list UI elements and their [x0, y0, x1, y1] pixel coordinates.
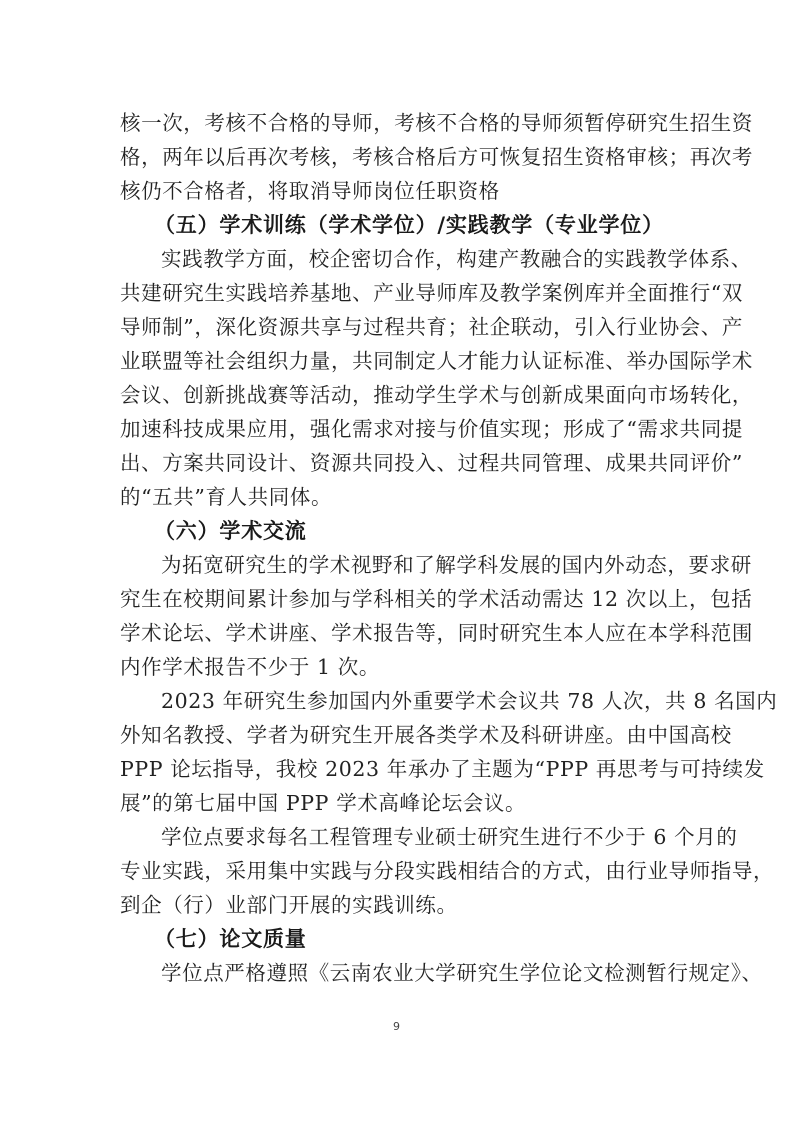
section-5-paragraph-1: 实践教学方面，校企密切合作，构建产教融合的实践教学体系、 共建研究生实践培养基地… [120, 242, 674, 514]
text-line: 实践教学方面，校企密切合作，构建产教融合的实践教学体系、 [120, 242, 674, 276]
text-line: 核仍不合格者，将取消导师岗位任职资格 [120, 174, 674, 208]
continuation-paragraph: 核一次，考核不合格的导师，考核不合格的导师须暂停研究生招生资 格，两年以后再次考… [120, 106, 674, 208]
text-line: 展”的第七届中国 PPP 学术高峰论坛会议。 [120, 786, 674, 820]
text-line: 外知名教授、学者为研究生开展各类学术及科研讲座。由中国高校 [120, 718, 674, 752]
section-heading-6: （六）学术交流 [120, 514, 674, 548]
text-line: 会议、创新挑战赛等活动，推动学生学术与创新成果面向市场转化， [120, 378, 674, 412]
text-line: 到企（行）业部门开展的实践训练。 [120, 888, 674, 922]
text-line: 2023 年研究生参加国内外重要学术会议共 78 人次，共 8 名国内 [120, 684, 674, 718]
section-6-paragraph-1: 为拓宽研究生的学术视野和了解学科发展的国内外动态，要求研 究生在校期间累计参加与… [120, 548, 674, 684]
text-line: 学术论坛、学术讲座、学术报告等，同时研究生本人应在本学科范围 [120, 616, 674, 650]
text-line: 为拓宽研究生的学术视野和了解学科发展的国内外动态，要求研 [120, 548, 674, 582]
text-line: 出、方案共同设计、资源共同投入、过程共同管理、成果共同评价” [120, 446, 674, 480]
text-line: PPP 论坛指导，我校 2023 年承办了主题为“PPP 再思考与可持续发 [120, 752, 674, 786]
text-line: 的“五共”育人共同体。 [120, 480, 674, 514]
section-7-paragraph-1: 学位点严格遵照《云南农业大学研究生学位论文检测暂行规定》、 [120, 956, 674, 990]
text-line: 格，两年以后再次考核，考核合格后方可恢复招生资格审核；再次考 [120, 140, 674, 174]
text-line: 内作学术报告不少于 1 次。 [120, 650, 674, 684]
text-line: 专业实践，采用集中实践与分段实践相结合的方式，由行业导师指导， [120, 854, 674, 888]
document-page: 核一次，考核不合格的导师，考核不合格的导师须暂停研究生招生资 格，两年以后再次考… [120, 106, 674, 990]
page-number: 9 [0, 1020, 793, 1033]
text-line: 核一次，考核不合格的导师，考核不合格的导师须暂停研究生招生资 [120, 106, 674, 140]
text-line: 学位点要求每名工程管理专业硕士研究生进行不少于 6 个月的 [120, 820, 674, 854]
section-heading-5: （五）学术训练（学术学位）/实践教学（专业学位） [120, 208, 674, 242]
text-line: 导师制”，深化资源共享与过程共育；社企联动，引入行业协会、产 [120, 310, 674, 344]
text-line: 学位点严格遵照《云南农业大学研究生学位论文检测暂行规定》、 [120, 956, 674, 990]
text-line: 业联盟等社会组织力量，共同制定人才能力认证标准、举办国际学术 [120, 344, 674, 378]
section-6-paragraph-2: 2023 年研究生参加国内外重要学术会议共 78 人次，共 8 名国内 外知名教… [120, 684, 674, 820]
text-line: 共建研究生实践培养基地、产业导师库及教学案例库并全面推行“双 [120, 276, 674, 310]
text-line: 加速科技成果应用，强化需求对接与价值实现；形成了“需求共同提 [120, 412, 674, 446]
section-6-paragraph-3: 学位点要求每名工程管理专业硕士研究生进行不少于 6 个月的 专业实践，采用集中实… [120, 820, 674, 922]
section-heading-7: （七）论文质量 [120, 922, 674, 956]
text-line: 究生在校期间累计参加与学科相关的学术活动需达 12 次以上，包括 [120, 582, 674, 616]
